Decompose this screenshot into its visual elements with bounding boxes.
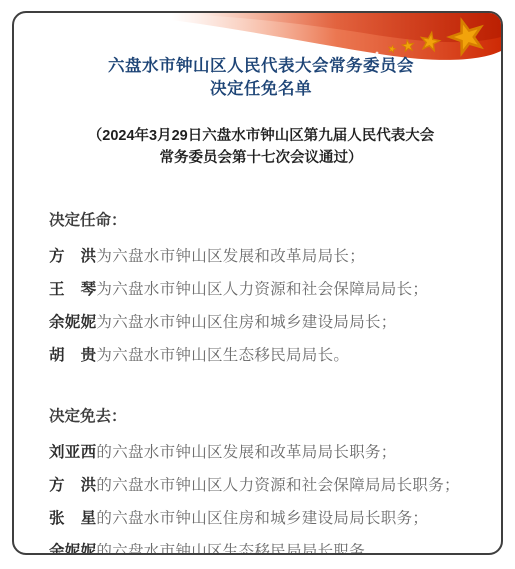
dismissal-text: 的六盘水市钟山区住房和城乡建设局局长职务； <box>96 510 428 527</box>
document-title: 六盘水市钟山区人民代表大会常务委员会 决定任免名单 <box>49 55 473 101</box>
dismissal-text: 的六盘水市钟山区发展和改革局局长职务； <box>96 444 396 461</box>
dismissal-entry: 刘亚西的六盘水市钟山区发展和改革局局长职务； <box>49 444 473 462</box>
appointee-name: 王 琴 <box>49 281 96 298</box>
announcement-card: 六盘水市钟山区人民代表大会常务委员会 决定任免名单 （2024年3月29日六盘水… <box>12 11 503 555</box>
dismissal-entry: 余妮妮的六盘水市钟山区生态移民局局长职务。 <box>49 543 473 555</box>
appointee-name: 胡 贵 <box>49 347 96 364</box>
title-line-1: 六盘水市钟山区人民代表大会常务委员会 <box>49 55 473 78</box>
dismissal-entry: 方 洪的六盘水市钟山区人力资源和社会保障局局长职务； <box>49 477 473 495</box>
dismissee-name: 方 洪 <box>49 477 96 494</box>
appointments-heading: 决定任命： <box>49 212 473 230</box>
appointment-text: 为六盘水市钟山区人力资源和社会保障局局长； <box>96 281 428 298</box>
appointment-text: 为六盘水市钟山区发展和改革局局长； <box>96 248 365 265</box>
subtitle-line-2: 常务委员会第十七次会议通过） <box>49 147 473 169</box>
appointment-text: 为六盘水市钟山区住房和城乡建设局局长； <box>96 314 396 331</box>
dismissal-text: 的六盘水市钟山区人力资源和社会保障局局长职务； <box>96 477 459 494</box>
appointment-entry: 胡 贵为六盘水市钟山区生态移民局局长。 <box>49 347 473 365</box>
title-line-2: 决定任免名单 <box>49 78 473 101</box>
dismissee-name: 余妮妮 <box>49 543 96 555</box>
document-subtitle: （2024年3月29日六盘水市钟山区第九届人民代表大会 常务委员会第十七次会议通… <box>49 125 473 169</box>
dismissal-entry: 张 星的六盘水市钟山区住房和城乡建设局局长职务； <box>49 510 473 528</box>
dismissals-heading: 决定免去： <box>49 408 473 426</box>
appointment-entry: 余妮妮为六盘水市钟山区住房和城乡建设局局长； <box>49 314 473 332</box>
dismissal-text: 的六盘水市钟山区生态移民局局长职务。 <box>96 543 380 555</box>
dismissee-name: 刘亚西 <box>49 444 96 461</box>
appointee-name: 方 洪 <box>49 248 96 265</box>
appointment-entry: 王 琴为六盘水市钟山区人力资源和社会保障局局长； <box>49 281 473 299</box>
appointment-entry: 方 洪为六盘水市钟山区发展和改革局局长； <box>49 248 473 266</box>
appointment-text: 为六盘水市钟山区生态移民局局长。 <box>96 347 349 364</box>
appointee-name: 余妮妮 <box>49 314 96 331</box>
document-body: 六盘水市钟山区人民代表大会常务委员会 决定任免名单 （2024年3月29日六盘水… <box>14 13 501 555</box>
subtitle-line-1: （2024年3月29日六盘水市钟山区第九届人民代表大会 <box>49 125 473 147</box>
dismissee-name: 张 星 <box>49 510 96 527</box>
